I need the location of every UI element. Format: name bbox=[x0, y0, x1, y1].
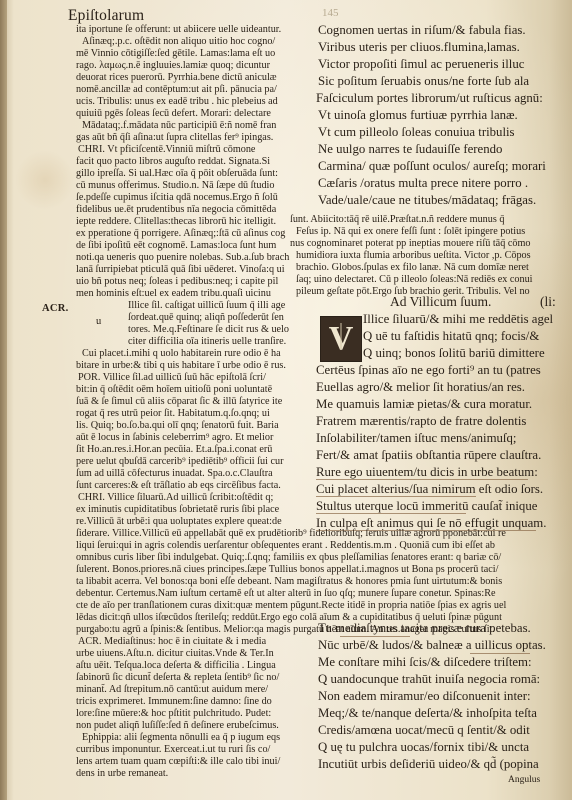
verse-line: Cognomen uertas in riſum/& fabula fias. bbox=[318, 24, 526, 37]
verse-line: Victor propoſiti ſimul ac perueneris ill… bbox=[318, 58, 524, 71]
commentary-line: Mādataq;.f.mādata nūc participiū ē:ñ nom… bbox=[82, 121, 276, 131]
commentary-line: citer difficilia oīa itineris uelle tran… bbox=[128, 337, 286, 347]
verse-line: Vade/uale/caue ne titubes/mādataq; frāga… bbox=[318, 194, 536, 207]
commentary-line: lore:ſine mūere:& hoc pſtitit pulchritud… bbox=[76, 709, 271, 719]
ink-underline bbox=[316, 496, 476, 497]
commentary-line: bit:in q̄ oſtēdit oēm hoīem uitioſū poni… bbox=[76, 385, 272, 395]
verse-line: Incutiūt urbis deſideriū uideo/& qd̃ (po… bbox=[318, 758, 539, 771]
commentary-line: ſulerent. Bonos.priores.nā ciues princip… bbox=[76, 565, 498, 575]
verse-line: Ne uulgo narres te ſudauiſſe ferendo bbox=[318, 143, 502, 156]
commentary-line: tricis exprimeret. Immunem:ſine damno: ſ… bbox=[76, 697, 272, 707]
decorated-drop-cap: V bbox=[320, 316, 362, 362]
verse-line: Q uandocunque trahūt inuiſa negocia romā… bbox=[318, 673, 540, 686]
commentary-line: debentur. Certemus.Nam iuſtum certamē eſ… bbox=[76, 589, 496, 599]
commentary-line: men hominis eſt:uel ex eadem tribu.quaſi… bbox=[76, 289, 271, 299]
commentary-line: pere uelut qbuſdā carcerib⁹ ipediētib⁹ o… bbox=[76, 457, 283, 467]
verse-line: Non eadem miramur/eo diſconuenit inter: bbox=[318, 690, 531, 703]
verse-line: Tu mediaſtynus tacita precæ rura petebas… bbox=[318, 622, 531, 635]
book-binding-edge bbox=[0, 0, 7, 800]
commentary-line: CHRI. Vt pficiſcentē.Vinniū miſtrū cōmon… bbox=[78, 145, 255, 155]
commentary-line: ſuā & ſe ſimul cū aliis cōparat ſic & il… bbox=[76, 397, 282, 407]
commentary-line: humidiora iuxta flumia arboribus ueſtita… bbox=[296, 251, 531, 261]
commentary-line: re.Villicū āt urbē:i qua uoluptates expl… bbox=[76, 517, 282, 527]
commentary-line: lens artem tuam quam cœpiſti:& ille calo… bbox=[76, 757, 280, 767]
commentary-line: ſum ad uillā cōfecturus inuadat. Spa.o.c… bbox=[76, 469, 273, 479]
commentary-line: uio bñ potus neq; ſoleas i pedibus:neq; … bbox=[76, 277, 278, 287]
commentary-line: ſiderare. Villice.Villicū eū appellabāt … bbox=[76, 529, 506, 539]
commentary-line: liqui ſerui:qui in agris colendis uerſar… bbox=[76, 541, 495, 551]
verse-line: Fert/& amat ſpatiis obſtantia rūpere cla… bbox=[316, 449, 541, 462]
verse-line: Certēus ſpinas aīo ne ego forti⁹ an tu (… bbox=[316, 364, 541, 377]
commentary-line: de ſibi ipoſitū eēt cognomē. Lamas:loca … bbox=[76, 241, 276, 251]
commentary-line: cū munus offerimus. Studio.n. Nā ſæpe dū… bbox=[76, 181, 274, 191]
commentary-line: ACR. Mediaſtinus: hoc ē in ciuitate & i … bbox=[78, 637, 266, 647]
commentary-line: nomē.ancillæ ad contēptum:ut ait pſi. pā… bbox=[76, 85, 277, 95]
commentary-line: brachio. Globos.ſpulas ex filo lanæ. Nā … bbox=[296, 263, 529, 273]
commentary-line: curribus imponuntur. Exerceat.i.ut tu ru… bbox=[76, 745, 270, 755]
commentary-line: Cui placet.i.mihi q uolo habitarein rure… bbox=[82, 349, 281, 359]
catchword: Angulus bbox=[508, 775, 540, 785]
verse-line: Rure ego uiuentem/tu dicis in urbe beatu… bbox=[316, 466, 538, 479]
commentary-line: urbe uiuens.Aſtu.n. dicitur ciuitas.Vnde… bbox=[76, 649, 274, 659]
verse-line: Me conſtare mihi ſcis/& diſcedere triſte… bbox=[318, 656, 532, 669]
commentary-line: lanā ſurripiebat pticulā quā ſibi uēdere… bbox=[76, 265, 285, 275]
commentary-line: minant̃. Ad ſtrepitum.nō cantū:ut auidum… bbox=[76, 685, 268, 695]
commentary-line: deuorat rices puerorū. Pyrrhia.bene dict… bbox=[76, 73, 277, 83]
commentary-line: ſit Ho.an.res.i.Hor.an pecūia. Et.a.ſpa.… bbox=[76, 445, 272, 455]
verse-line: Cæſaris /oratus multa prece nitere porro… bbox=[318, 177, 528, 190]
commentary-line: Ephippia: alii ſegmenta nōnulli ea q̄ p … bbox=[82, 733, 280, 743]
manuscript-page: Epiſtolarum 145 ita iportune ſe offerunt… bbox=[0, 0, 572, 800]
commentary-line: ex pperatione q̄ porrigere. Aſinæq;:ſtā … bbox=[76, 229, 285, 239]
commentary-line: CHRI. Villice ſiluarū.Ad uillicū ſcribit… bbox=[78, 493, 273, 503]
commentary-line: noti.qa ueneris quo puenire nolebas. Sub… bbox=[76, 253, 289, 263]
verse-line: Cui placet alterius/ſua nimirum eſt odio… bbox=[316, 483, 543, 496]
ink-underline bbox=[340, 636, 410, 637]
commentary-line: dens in urbe remaneat. bbox=[76, 769, 168, 779]
commentary-line: ſabinorū ſic dicunt̃ deſerta & repleta ſ… bbox=[76, 673, 279, 683]
verse-line: Illice ſiluarū/& mihi me reddētis agel bbox=[363, 313, 553, 326]
commentary-line: bitare in urbe:& tibi q uis habitare ī u… bbox=[76, 361, 286, 371]
commentary-line: gillo ipreſſa. Si ual.Hæc oīa q̄ pōit ob… bbox=[76, 169, 278, 179]
commentary-line: ſordeat.quē quinq; aliqñ poſſederūt ſen bbox=[128, 313, 284, 323]
commentary-line: Aſinæq;.p.c. oſtēdit non aliquo uitio ho… bbox=[82, 37, 275, 47]
ink-underline bbox=[316, 479, 528, 480]
verse-line: Viribus uteris per cliuos.flumina,lamas. bbox=[318, 41, 520, 54]
commentary-line: rago. λαμως.n.ē ingluuies.lamiæ quoq; di… bbox=[76, 61, 270, 71]
verse-line: Euellas agro/& melior ſit horatius/an re… bbox=[316, 381, 525, 394]
verse-line: Q uē tu faſtidis hitatū qnq; focis/& bbox=[363, 330, 539, 343]
commentary-line: fidelibus ue.ēt prudentibus nīa negocia … bbox=[76, 205, 276, 215]
commentary-line: omnibus curis liber ſibi indulgebat. Qui… bbox=[76, 553, 501, 563]
ink-underline bbox=[470, 653, 530, 654]
verse-line: Vt uinoſa glomus furtiuæ pyrrhia lanæ. bbox=[318, 109, 518, 122]
commentary-line: nus cognominaret poterat pp ineptias mou… bbox=[290, 239, 530, 249]
ink-underline bbox=[316, 513, 466, 514]
commentary-line: ta libabit acerra. Vel bonos:qa boni eſſ… bbox=[76, 577, 502, 587]
verse-line: Faſciculum portes librorum/ut ruſticus a… bbox=[316, 92, 543, 105]
vine-ornament-icon bbox=[340, 323, 342, 349]
commentary-line: ita iportune ſe offerunt: ut abiicere ue… bbox=[76, 25, 281, 35]
commentary-line: ſunt. Abiicito:tāq̄ rē uilē.Præſtat.n.ñ … bbox=[290, 215, 504, 225]
commentary-line: mē Vinnio cōtigiſſe:ſed gētile. Lamas:la… bbox=[76, 49, 275, 59]
verse-line: Fratrem mærentis/rapto de fratre dolenti… bbox=[316, 415, 526, 428]
folio-number: 145 bbox=[322, 7, 339, 19]
verse-line: Sic poſitum ſeruabis onus/ne forte ſub a… bbox=[318, 75, 529, 88]
verse-line: Meq;/& te/nanque deſerta/& inhoſpita teſ… bbox=[318, 707, 537, 720]
commentary-line: tores. Me.q.Feſtinare ſe dicit rus & uel… bbox=[128, 325, 289, 335]
epistle-title-tail: (li: bbox=[540, 294, 556, 310]
commentary-line: lis. Quiq; bo.ſo.ba.qui olī qnq; ſenator… bbox=[76, 421, 279, 431]
commentary-line: aſtu uēit. Teſqua.loca deſerta & diffici… bbox=[76, 661, 276, 671]
commentary-line: ſe.pdeſſe cupimus iſcitia qdā nocemus.Er… bbox=[76, 193, 278, 203]
verse-line: Carmina/ quæ poſſunt oculos/ aureſq; mor… bbox=[318, 160, 546, 173]
commentary-line: cte de aīo per tranſlationem curas dixit… bbox=[76, 601, 506, 611]
commentary-line: aūt ē locus in ſabinis celeberrim⁹ agro.… bbox=[76, 433, 273, 443]
verse-line: Nūc urbē/& ludos/& balneæ a uillicus opt… bbox=[318, 639, 546, 652]
verse-line: Credis/amœna uocat/mecū q ſentit/& odit bbox=[318, 724, 530, 737]
verse-line: Q uinq; bonos ſolitū bariū dimittere bbox=[363, 347, 545, 360]
verse-line: Stultus uterque locū immeritū cauſat̃ in… bbox=[316, 500, 537, 513]
commentary-line: facit quo pacto libros auguſto reddat. S… bbox=[76, 157, 270, 167]
commentary-line: ucis. Tribulis: unus ex eadē tribu . hic… bbox=[76, 97, 278, 107]
verse-line: Vt cum pilleolo ſoleas conuiua tribulis bbox=[318, 126, 515, 139]
commentary-line: ſunt carceres:& eſt trāſlatio ab eqs cir… bbox=[76, 481, 281, 491]
epistle-title: Ad Villicum ſuum. bbox=[390, 294, 491, 310]
commentary-line: iepte reddere. Clitellas:thecas librorū … bbox=[76, 217, 276, 227]
running-head: Epiſtolarum bbox=[68, 7, 144, 25]
commentary-line: quiuiū pgēs ſoleas ſecū defert. Morari: … bbox=[76, 109, 271, 119]
commentary-line: Feſus ip. Nā qui ex onere feſſi ſunt : ſ… bbox=[296, 227, 525, 237]
verse-line: Q uę tu pulchra uocas/fornix tibi/& unct… bbox=[318, 741, 529, 754]
commentary-line: non pudet aliqñ luſiſſe:ſed ñ deſinere e… bbox=[76, 721, 279, 731]
paper-stain bbox=[15, 150, 75, 210]
verse-line: Me quamuis lamiæ pietas/& cura moratur. bbox=[316, 398, 532, 411]
commentary-line: ex iminutis cupiditatibus ſobrietatē rur… bbox=[76, 505, 279, 515]
margin-label-u: u bbox=[96, 316, 102, 327]
verse-line: Inſolabiliter/tamen iſtuc mens/animuſq; bbox=[316, 432, 516, 445]
commentary-line: Illice ſil. caſtigat uillicū ſuum q̄ ill… bbox=[128, 301, 285, 311]
commentary-line: POR. Villice ſil.ad uillicū ſuū hāc epiſ… bbox=[78, 373, 266, 383]
commentary-line: ſaq; uino delectaret. Cū p illeolo ſolea… bbox=[296, 275, 533, 285]
commentary-line: rogat q̄ res utrū peior ſit. Habitatum.q… bbox=[76, 409, 270, 419]
commentary-line: gas aūt bñ q̄ſi aſina:ut ſupra clitellas… bbox=[76, 133, 273, 143]
margin-label-acr: ACR. bbox=[42, 303, 69, 314]
